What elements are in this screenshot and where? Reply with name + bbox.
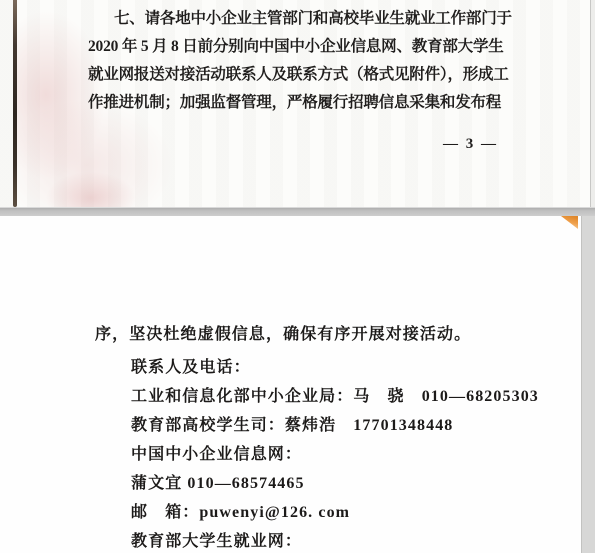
page-number: — 3 — <box>88 130 504 158</box>
body-line: 作推进机制；加强监督管理，严格履行招聘信息采集和发布程 <box>88 89 504 117</box>
page-gap-divider <box>0 207 595 216</box>
contact-line-miit: 工业和信息化部中小企业局：马 骁 010—68205303 <box>95 382 535 411</box>
contact-line-ncss-site: 教育部大学生就业网： <box>95 527 535 553</box>
scan-right-margin <box>581 216 595 553</box>
page-3-fragment: 七、请各地中小企业主管部门和高校毕业生就业工作部门于 2020 年 5 月 8 … <box>0 0 595 207</box>
body-line: 2020 年 5 月 8 日前分别向中国中小企业信息网、教育部大学生 <box>88 33 504 61</box>
page-right-edge-line <box>590 0 591 207</box>
page-3-text-block: 七、请各地中小企业主管部门和高校毕业生就业工作部门于 2020 年 5 月 8 … <box>88 5 504 158</box>
body-line: 序，坚决杜绝虚假信息，确保有序开展对接活动。 <box>95 320 535 349</box>
page-binding-edge-line <box>13 0 17 207</box>
contact-line-moe: 教育部高校学生司：蔡炜浩 17701348448 <box>95 411 535 440</box>
contact-line-sme-site: 中国中小企业信息网： <box>95 440 535 469</box>
contact-line-phone: 蒲文宜 010—68574465 <box>95 469 535 498</box>
body-line: 七、请各地中小企业主管部门和高校毕业生就业工作部门于 <box>88 5 504 33</box>
orange-corner-mark <box>561 216 578 229</box>
page-4-text-block: 序，坚决杜绝虚假信息，确保有序开展对接活动。 联系人及电话： 工业和信息化部中小… <box>95 320 535 553</box>
contact-line-email: 邮 箱：puwenyi@126. com <box>95 498 535 527</box>
contacts-heading: 联系人及电话： <box>95 353 535 382</box>
page-4-fragment: 序，坚决杜绝虚假信息，确保有序开展对接活动。 联系人及电话： 工业和信息化部中小… <box>0 216 595 553</box>
scanned-document-view: 七、请各地中小企业主管部门和高校毕业生就业工作部门于 2020 年 5 月 8 … <box>0 0 595 553</box>
body-line: 就业网报送对接活动联系人及联系方式（格式见附件），形成工 <box>88 61 504 89</box>
scan-right-margin <box>591 0 595 207</box>
